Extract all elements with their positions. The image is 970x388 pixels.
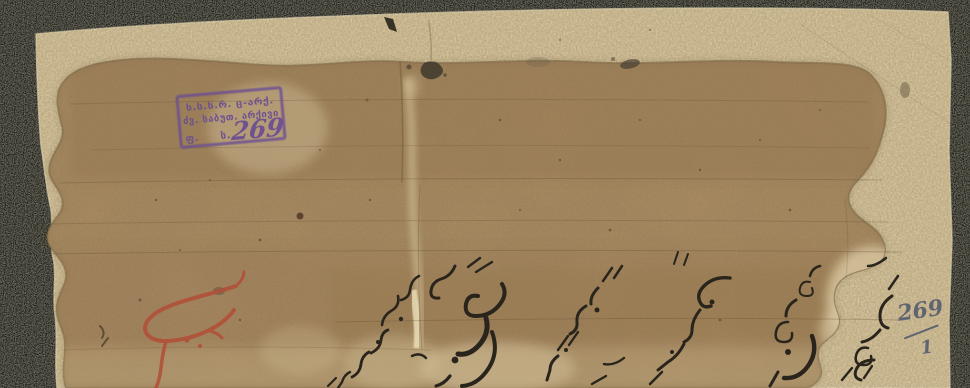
stamp-fond-label: ფ. [185,133,199,145]
seal-dot [297,213,304,220]
manuscript-scan: ს.ს.ს.რ. ც-არქ. ძვ. საბუთ. არქივი ფ. ს. … [0,0,970,388]
stamp-series-label: ს. [220,129,231,142]
stamp-number: 269 [230,111,286,146]
